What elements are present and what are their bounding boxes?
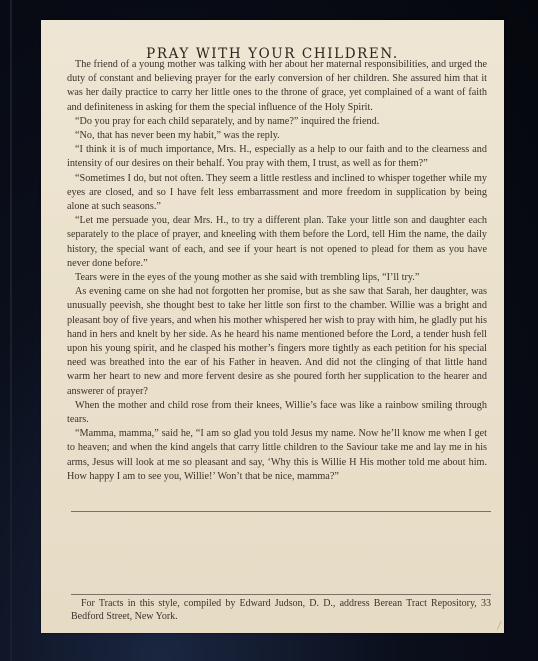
paragraph: When the mother and child rose from thei… (67, 399, 487, 427)
paragraph: The friend of a young mother was talking… (67, 58, 487, 115)
paragraph: “Sometimes I do, but not often. They see… (67, 172, 487, 215)
paragraph: As evening came on she had not forgotten… (67, 285, 487, 399)
tract-body: The friend of a young mother was talking… (67, 58, 487, 484)
paragraph: “Let me persuade you, dear Mrs. H., to t… (67, 214, 487, 271)
paragraph: Tears were in the eyes of the young moth… (67, 271, 487, 285)
paper-crease (491, 618, 502, 630)
tract-card: PRAY WITH YOUR CHILDREN. The friend of a… (41, 20, 504, 633)
paragraph: “Do you pray for each child separately, … (67, 115, 487, 129)
footer-text: For Tracts in this style, compiled by Ed… (71, 598, 491, 622)
paragraph: “Mamma, mamma,” said he, “I am so glad y… (67, 427, 487, 484)
footer-divider-rule (71, 594, 491, 595)
paragraph: “I think it is of much importance, Mrs. … (67, 143, 487, 171)
paragraph: “No, that has never been my habit,” was … (67, 129, 487, 143)
sleeve-edge (10, 0, 12, 661)
divider-rule (71, 511, 491, 512)
publisher-footer: For Tracts in this style, compiled by Ed… (71, 598, 491, 623)
